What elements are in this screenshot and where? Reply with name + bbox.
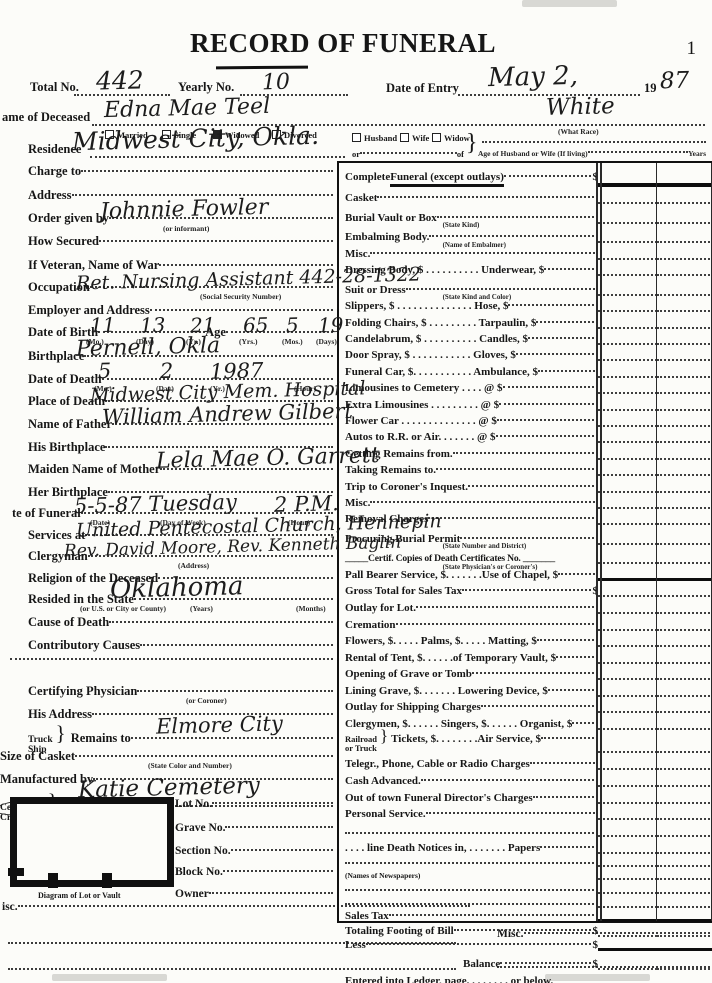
amount-cell (657, 730, 712, 753)
charge-label: Funeral Car, $. . . . . . . . . . . Ambu… (345, 366, 538, 378)
dotted-leader (460, 537, 598, 539)
spouse-or-of-row: or of (352, 149, 464, 159)
dotted-leader (496, 435, 599, 437)
amount-cell (657, 476, 712, 492)
amount-cell (657, 525, 712, 545)
dotted-leader (530, 762, 598, 764)
dotted-leader (453, 452, 598, 454)
scan-smudge (522, 0, 617, 7)
checkbox-husband (352, 133, 361, 142)
owner-row: Owner (175, 888, 333, 900)
dollar-sign: $ (593, 925, 599, 937)
dotted-leader (389, 914, 598, 916)
amount-cell (598, 970, 657, 983)
total-no-label: Total No. (30, 80, 79, 95)
dod-day: 2 (160, 361, 174, 382)
dotted-leader (454, 929, 591, 931)
mother-value: Lela Mae O. Garrett (156, 445, 380, 473)
amount-cell (598, 345, 657, 361)
dollar-sign: $ (593, 958, 599, 970)
amount-cell (657, 787, 712, 804)
charge-label: Candelabrum, $ . . . . . . . . . . Candl… (345, 333, 528, 345)
dotted-leader (366, 943, 591, 945)
money-column-divider (656, 163, 658, 921)
funeral-date-value: 5-5-87 Tuesday (74, 492, 237, 517)
title-underline (216, 66, 308, 70)
amount-cell (598, 647, 657, 664)
dotted-leader (538, 370, 598, 372)
amount-cell (598, 581, 657, 597)
blank-dotted-row (10, 661, 333, 663)
residence-line (90, 156, 345, 158)
amount-cell (598, 837, 657, 854)
charge-label: Cash Advanced. (345, 775, 421, 787)
year-prefix: 19 (644, 81, 657, 96)
resided-state-row: Resided in the State Oklahoma (or U.S. o… (28, 592, 333, 607)
amount-cell (657, 509, 712, 525)
total-no-value: 442 (96, 67, 144, 93)
amount-cell (657, 908, 712, 922)
money-column-rule (600, 163, 602, 921)
dotted-leader (497, 419, 598, 421)
how-secured-row: How Secured (28, 234, 333, 249)
amount-cell (598, 460, 657, 476)
residence-value: Midwest City, Okla. (72, 123, 320, 154)
amount-cell (657, 460, 712, 476)
amount-cell (657, 187, 712, 204)
amount-cell (657, 545, 712, 565)
amount-cell (598, 187, 657, 204)
amount-cell (598, 597, 657, 613)
scan-smudge (52, 974, 167, 981)
amount-cell (657, 361, 712, 377)
amount-cell (657, 804, 712, 820)
amount-cell (598, 922, 657, 937)
amount-cell (598, 937, 657, 951)
yearly-no-label: Yearly No. (178, 80, 234, 95)
diagram-leg (48, 873, 58, 888)
father-row: Name of Father William Andrew Gilbert (28, 417, 333, 432)
dotted-leader (572, 722, 598, 724)
dotted-leader (345, 889, 598, 891)
date-of-entry-label: Date of Entry (386, 81, 459, 96)
amount-cell (598, 894, 657, 908)
charge-row: Less $ (339, 937, 712, 951)
amount-cell (657, 493, 712, 509)
charge-label: Extra Limousines . . . . . . . . . @ $ (345, 399, 499, 411)
amount-cell (657, 631, 712, 647)
charge-label: Outlay for Shipping Charges (345, 701, 481, 713)
dotted-leader (481, 705, 598, 707)
cemetery-value: Katie Cemetery (78, 775, 260, 803)
section-no-row: Section No. (175, 845, 333, 857)
dod-month: 5 (98, 361, 112, 382)
charge-label: Misc. (345, 497, 370, 509)
charge-label: Limousines to Cemetery . . . . @ $ (345, 382, 503, 394)
amount-cell (598, 545, 657, 565)
charge-sub-label: (State Number and District) (443, 542, 527, 550)
amount-cell (657, 276, 712, 296)
amount-cell (657, 837, 712, 854)
dotted-leader (345, 903, 598, 905)
amount-cell (657, 951, 712, 970)
deceased-name-value: Edna Mae Teel (104, 96, 271, 122)
dotted-leader (504, 175, 591, 177)
dotted-leader (472, 672, 598, 674)
amount-cell (657, 378, 712, 394)
contributory-row: Contributory Causes (28, 638, 333, 653)
dotted-leader (508, 304, 598, 306)
dob-day: 13 (140, 315, 166, 336)
dob-year: 21 (190, 315, 216, 336)
dotted-leader (499, 403, 598, 405)
dotted-leader (370, 501, 598, 503)
charge-row: Entered into Ledger, page. . . . . . . .… (339, 970, 712, 983)
amount-cell (598, 260, 657, 276)
charge-label: Rental of Tent, $. . . . . .of Temporary… (345, 652, 556, 664)
resided-state-value: Oklahoma (110, 573, 244, 602)
amount-cell (598, 329, 657, 345)
charge-row: Totaling Footing of Bill $ (339, 922, 712, 937)
dotted-leader (396, 623, 598, 625)
dotted-leader (548, 689, 598, 691)
money-column-rule (596, 163, 598, 921)
amount-cell (657, 894, 712, 908)
age-days: 19 (318, 315, 344, 336)
diagram-caption: Diagram of Lot or Vault (38, 891, 121, 900)
charge-label: Trip to Coroner's Inquest. (345, 481, 468, 493)
charge-label: Cremation (345, 619, 396, 631)
amount-cell (657, 970, 712, 983)
amount-cell (657, 880, 712, 894)
amount-cell (598, 276, 657, 296)
spouse-option-wife: Wife (400, 133, 429, 143)
amount-cell (598, 730, 657, 753)
dotted-leader (516, 353, 598, 355)
charge-label: Flower Car . . . . . . . . . . . . . . @… (345, 415, 497, 427)
amount-cell (657, 867, 712, 880)
spouse-brace: } (466, 130, 478, 157)
amount-cell (657, 664, 712, 680)
amount-cell (657, 753, 712, 770)
checkbox-widow (432, 133, 441, 142)
dotted-leader (429, 235, 598, 237)
spouse-option-husband: Husband (352, 133, 397, 143)
amount-cell (657, 854, 712, 867)
amount-cell (657, 697, 712, 713)
charge-label: Misc. (345, 248, 370, 260)
dotted-leader (544, 268, 598, 270)
amount-cell (657, 394, 712, 410)
charge-label: Less (345, 939, 366, 951)
amount-cell (657, 443, 712, 459)
spouse-age-label: Age of Husband or Wife (If living) (478, 149, 588, 158)
charge-label: Tickets, $. . . . . . . .Air Service, $ (391, 733, 541, 745)
or-coroner-sub: (or Coroner) (186, 696, 227, 705)
amount-cell (598, 697, 657, 713)
dotted-leader (468, 485, 598, 487)
amount-cell (598, 787, 657, 804)
charge-label: Opening of Grave or Tomb (345, 668, 472, 680)
amount-cell (598, 951, 657, 970)
casket-color-sub: (State Color and Number) (148, 761, 232, 770)
brace: } (380, 726, 388, 746)
charge-label: . . . . line Death Notices in, . . . . .… (345, 842, 540, 854)
deceased-name-label: ame of Deceased (2, 110, 90, 125)
charge-label: Complete (345, 171, 390, 183)
amount-cell (657, 922, 712, 937)
amount-cell (598, 631, 657, 647)
page-title: RECORD OF FUNERAL (0, 28, 686, 59)
charge-label-underlined: Funeral (except outlays) (390, 171, 504, 187)
amount-cell (598, 378, 657, 394)
order-given-by-value: Johnnie Fowler (100, 197, 269, 223)
charge-label: Autos to R.R. or Air. . . . . . . @ $ (345, 431, 496, 443)
charge-label: (Names of Newspapers) (345, 871, 420, 880)
dotted-leader (416, 606, 598, 608)
amount-cell (657, 427, 712, 443)
amount-cell (598, 867, 657, 880)
amount-cell (598, 166, 657, 187)
charge-label: Entered into Ledger, page. . . . . . . .… (345, 975, 553, 983)
charge-label: Flowers, $. . . . . Palms, $. . . . . Ma… (345, 635, 537, 647)
amount-cell (657, 564, 712, 580)
charge-label: Embalming Body. (345, 231, 429, 243)
amount-cell (598, 525, 657, 545)
lot-diagram (10, 797, 174, 887)
amount-cell (657, 224, 712, 244)
spouse-age-row: Age of Husband or Wife (If living) Years (478, 149, 706, 158)
age-months: 5 (286, 315, 299, 335)
ssn-sub: (Social Security Number) (200, 292, 281, 301)
amount-cell (657, 411, 712, 427)
amount-cell (657, 260, 712, 276)
amount-cell (598, 770, 657, 787)
charge-label: Balance (463, 958, 500, 970)
age-years: 65 (243, 315, 269, 336)
amount-cell (598, 204, 657, 224)
amount-cell (657, 680, 712, 696)
amount-cell (598, 296, 657, 312)
amount-cell (657, 820, 712, 836)
remains-to-value: Elmore City (156, 713, 283, 737)
amount-cell (598, 509, 657, 525)
amount-cell (598, 427, 657, 443)
amount-cell (598, 713, 657, 730)
grave-no-row: Grave No. (175, 822, 333, 834)
amount-cell (598, 564, 657, 580)
birthplace-row: Birthplace Pernell, Okla (28, 349, 333, 364)
race-value: White (546, 95, 615, 120)
clergyman-row: Clergyman Rev. David Moore, Rev. Kenneth… (28, 549, 333, 564)
diagram-corner-mark (8, 868, 24, 876)
dotted-leader (406, 288, 598, 290)
charge-label: Telegr., Phone, Cable or Radio Charges (345, 758, 530, 770)
amount-cell (598, 243, 657, 260)
dotted-leader (428, 517, 598, 519)
amount-cell (657, 345, 712, 361)
amount-cell (657, 166, 712, 187)
amount-cell (598, 753, 657, 770)
order-given-by-row: Order given by Johnnie Fowler (or inform… (28, 211, 333, 226)
amount-cell (598, 908, 657, 922)
charge-label: Sales Tax (345, 910, 389, 922)
amount-cell (657, 614, 712, 631)
page-number: 1 (687, 38, 697, 60)
charge-label: Burial Vault or Box (345, 212, 437, 224)
date-of-entry-value: May 2, (488, 63, 579, 91)
amount-cell (598, 312, 657, 328)
charge-label: Door Spray, $ . . . . . . . . . . . Glov… (345, 349, 516, 361)
dob-month: 11 (90, 315, 116, 336)
charge-label: Personal Service. (345, 808, 426, 820)
dotted-leader (536, 321, 598, 323)
amount-cell (598, 224, 657, 244)
or-informant-sub: (or informant) (163, 224, 209, 233)
charge-label: Slippers, $ . . . . . . . . . . . . . . … (345, 300, 508, 312)
amount-cell (598, 476, 657, 492)
spouse-line (482, 141, 706, 143)
dotted-leader (558, 573, 598, 575)
race-sub-label: (What Race) (558, 127, 599, 136)
amount-cell (657, 329, 712, 345)
certifying-physician-row: Certifying Physician (or Coroner) (28, 684, 333, 699)
dotted-leader (500, 962, 590, 964)
amount-cell (657, 243, 712, 260)
amount-cell (657, 647, 712, 664)
occupation-row: Occupation Ret. Nursing Assistant 442-28… (28, 280, 333, 295)
checkbox-wife (400, 133, 409, 142)
cause-of-death-row: Cause of Death (28, 615, 333, 630)
dotted-leader (528, 337, 598, 339)
charge-row: Balance $ (339, 951, 712, 970)
amount-cell (598, 614, 657, 631)
amount-cell (598, 680, 657, 696)
charge-to-row: Charge to (28, 164, 333, 179)
dotted-leader (436, 468, 598, 470)
amount-cell (598, 411, 657, 427)
dotted-leader (533, 796, 598, 798)
dotted-leader (437, 216, 598, 218)
dotted-leader (370, 252, 598, 254)
year-value: 87 (660, 70, 690, 94)
dotted-leader (377, 196, 598, 198)
diagram-leg (102, 873, 112, 888)
dotted-leader (426, 812, 598, 814)
dotted-leader (556, 656, 598, 658)
amount-cell (598, 664, 657, 680)
block-no-row: Block No. (175, 866, 333, 878)
yearly-no-value: 10 (262, 72, 291, 95)
amount-cell (598, 880, 657, 894)
amount-cell (657, 597, 712, 613)
dotted-leader (541, 737, 598, 739)
dotted-leader (537, 639, 598, 641)
amount-cell (598, 804, 657, 820)
amount-cell (657, 312, 712, 328)
birthplace-value: Pernell, Okla (76, 335, 221, 361)
spouse-years-label: Years (688, 149, 706, 158)
dollar-sign: $ (593, 939, 599, 951)
amount-cell (657, 770, 712, 787)
amount-cell (598, 493, 657, 509)
amount-cell (657, 296, 712, 312)
dotted-leader (345, 862, 598, 864)
stacked-label: Railroador Truck (345, 735, 377, 753)
charge-label: Outlay for Lot. (345, 602, 416, 614)
amount-cell (598, 361, 657, 377)
amount-cell (598, 854, 657, 867)
dotted-leader (345, 832, 598, 834)
spouse-option-widow: Widow (432, 133, 470, 143)
funeral-record-document: RECORD OF FUNERAL 1 Total No. 442 Yearly… (0, 0, 712, 983)
charge-label: Out of town Funeral Director's Charges (345, 792, 533, 804)
amount-cell (598, 443, 657, 459)
amount-cell (657, 581, 712, 597)
dotted-leader (540, 846, 598, 848)
charge-label: Lining Grave, $. . . . . . . Lowering De… (345, 685, 548, 697)
amount-cell (657, 713, 712, 730)
dotted-leader (421, 779, 598, 781)
amount-cell (657, 204, 712, 224)
amount-cell (657, 937, 712, 951)
clergyman-address-sub: (Address) (178, 561, 209, 570)
size-of-casket-row: Size of Casket (State Color and Number) (0, 749, 333, 764)
amount-cell (598, 820, 657, 836)
dotted-leader (503, 386, 599, 388)
mother-row: Maiden Name of Mother Lela Mae O. Garret… (28, 462, 333, 477)
amount-cell (598, 394, 657, 410)
charge-label: Folding Chairs, $ . . . . . . . . . Tarp… (345, 317, 536, 329)
charge-label: Casket (345, 192, 377, 204)
charge-label: Totaling Footing of Bill (345, 925, 454, 937)
charge-sub-label: (State Kind) (443, 221, 480, 229)
charge-label: Pall Bearer Service, $. . . . . . .Use o… (345, 569, 558, 581)
charge-label: Gross Total for Sales Tax (345, 585, 462, 597)
dotted-leader (462, 589, 591, 591)
